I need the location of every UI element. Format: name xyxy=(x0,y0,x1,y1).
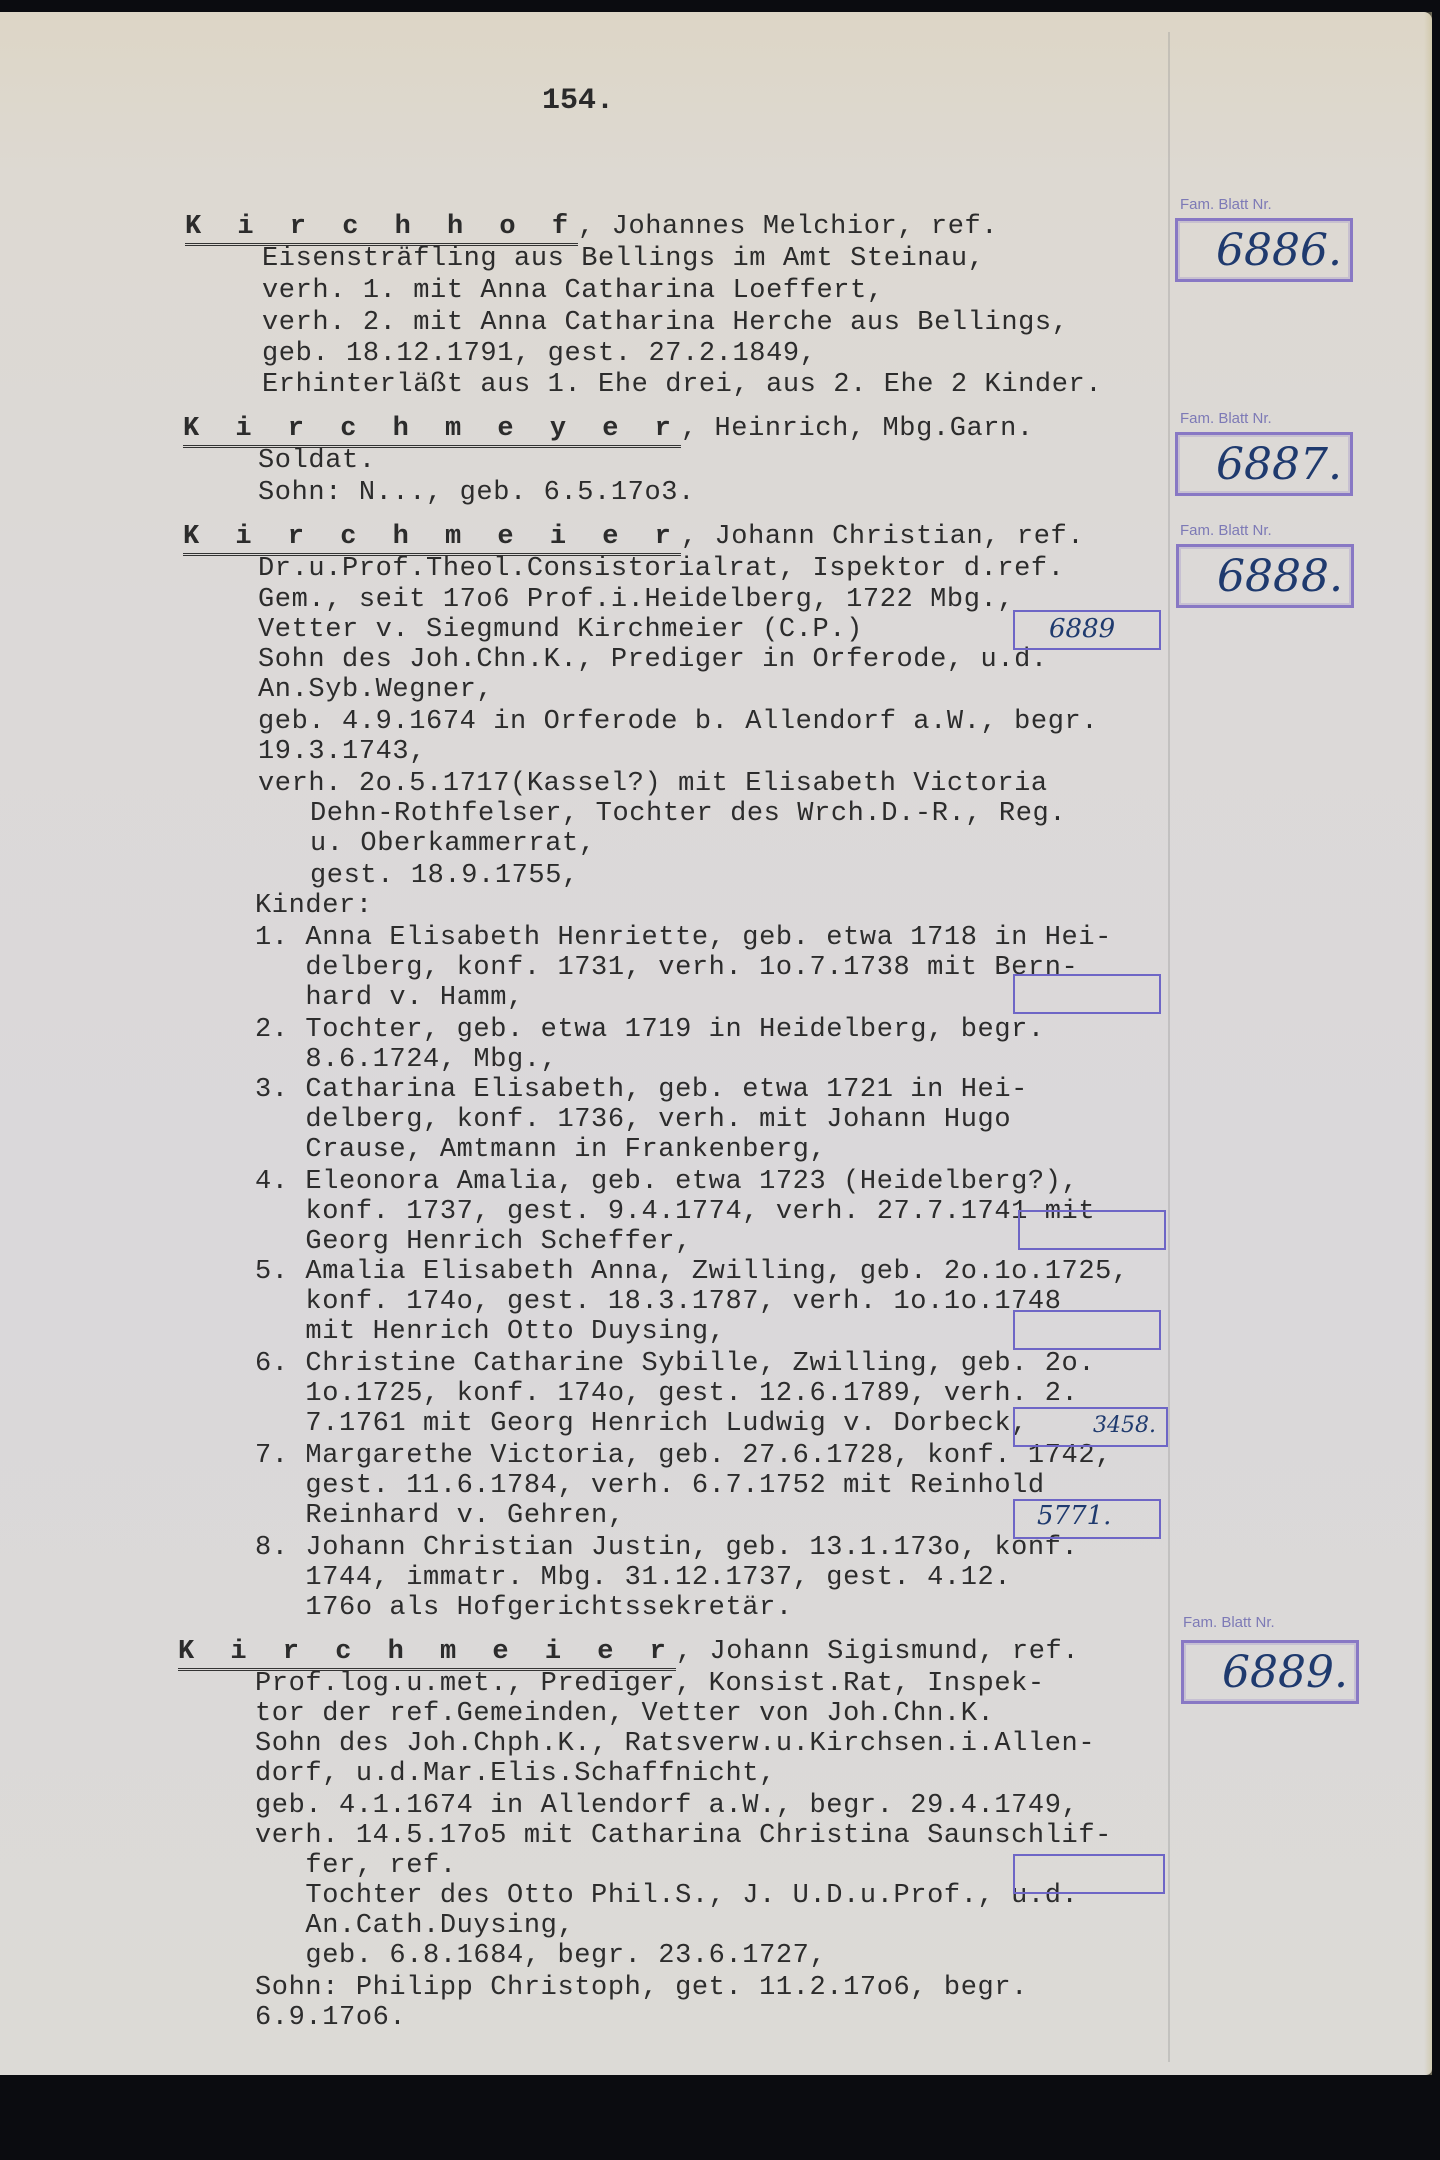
entry-line: An.Syb.Wegner, xyxy=(258,675,493,705)
child-line: Crause, Amtmann in Frankenberg, xyxy=(255,1135,826,1165)
family-sheet-stamp: 6886. xyxy=(1175,218,1353,282)
surname: K i r c h h o f xyxy=(185,212,578,246)
child-line: hard v. Hamm, xyxy=(255,983,524,1013)
empty-reference-box xyxy=(1018,1210,1166,1250)
page-number: 154. xyxy=(542,84,614,118)
child-line: konf. 1737, gest. 9.4.1774, verh. 27.7.1… xyxy=(255,1197,1095,1227)
entry-line: Vetter v. Siegmund Kirchmeier (C.P.) xyxy=(258,615,863,645)
child-line: 1o.1725, konf. 174o, gest. 12.6.1789, ve… xyxy=(255,1379,1078,1409)
cross-reference-box: 5771. xyxy=(1013,1499,1161,1539)
given-names: , Johannes Melchior, ref. xyxy=(578,212,998,242)
child-line: 6. Christine Catharine Sybille, Zwilling… xyxy=(255,1349,1095,1379)
entry-line: gest. 18.9.1755, xyxy=(310,861,579,891)
empty-reference-box xyxy=(1013,1854,1165,1894)
entry-line: geb. 18.12.1791, gest. 27.2.1849, xyxy=(262,339,817,369)
entry-line: Dehn-Rothfelser, Tochter des Wrch.D.-R.,… xyxy=(310,799,1066,829)
child-line: 7. Margarethe Victoria, geb. 27.6.1728, … xyxy=(255,1441,1112,1471)
entry-line: Erhinterläßt aus 1. Ehe drei, aus 2. Ehe… xyxy=(262,370,1102,400)
entry-line: verh. 1. mit Anna Catharina Loeffert, xyxy=(262,276,884,306)
stamp-label: Fam. Blatt Nr. xyxy=(1180,410,1272,427)
family-sheet-number: 6889. xyxy=(1222,1647,1348,1698)
surname: K i r c h m e i e r xyxy=(183,522,681,556)
child-line: delberg, konf. 1736, verh. mit Johann Hu… xyxy=(255,1105,1011,1135)
entry-line: fer, ref. xyxy=(255,1851,457,1881)
entry-line: Sohn des Joh.Chph.K., Ratsverw.u.Kirchse… xyxy=(255,1729,1095,1759)
given-names: , Johann Christian, ref. xyxy=(681,522,1084,552)
given-names: , Johann Sigismund, ref. xyxy=(676,1637,1079,1667)
entry-line: Gem., seit 17o6 Prof.i.Heidelberg, 1722 … xyxy=(258,585,1014,615)
child-line: 3. Catharina Elisabeth, geb. etwa 1721 i… xyxy=(255,1075,1028,1105)
family-sheet-stamp: 6887. xyxy=(1175,432,1353,496)
entry-line: 19.3.1743, xyxy=(258,737,426,767)
entry-line: geb. 4.1.1674 in Allendorf a.W., begr. 2… xyxy=(255,1791,1078,1821)
entry-line: 6.9.17o6. xyxy=(255,2003,406,2033)
child-line: 5. Amalia Elisabeth Anna, Zwilling, geb.… xyxy=(255,1257,1129,1287)
family-sheet-number: 6887. xyxy=(1216,439,1342,490)
child-line: mit Henrich Otto Duysing, xyxy=(255,1317,725,1347)
surname: K i r c h m e i e r xyxy=(178,1637,676,1671)
child-line: Reinhard v. Gehren, xyxy=(255,1501,625,1531)
entry-line: Sohn: Philipp Christoph, get. 11.2.17o6,… xyxy=(255,1973,1028,2003)
cross-reference-number: 3458. xyxy=(1093,1413,1156,1438)
stamp-label: Fam. Blatt Nr. xyxy=(1180,196,1272,213)
entry-line: Sohn: N..., geb. 6.5.17o3. xyxy=(258,478,695,508)
entry-line: Tochter des Otto Phil.S., J. U.D.u.Prof.… xyxy=(255,1881,1078,1911)
child-line: 2. Tochter, geb. etwa 1719 in Heidelberg… xyxy=(255,1015,1045,1045)
child-line: delberg, konf. 1731, verh. 1o.7.1738 mit… xyxy=(255,953,1078,983)
entry-line: Prof.log.u.met., Prediger, Konsist.Rat, … xyxy=(255,1669,1045,1699)
child-line: 1744, immatr. Mbg. 31.12.1737, gest. 4.1… xyxy=(255,1563,1011,1593)
entry-line: Soldat. xyxy=(258,446,376,476)
entry-line: Eisensträfling aus Bellings im Amt Stein… xyxy=(262,244,985,274)
family-sheet-number: 6888. xyxy=(1217,551,1343,602)
entry-line: Dr.u.Prof.Theol.Consistorialrat, Ispekto… xyxy=(258,554,1065,584)
child-line: 1. Anna Elisabeth Henriette, geb. etwa 1… xyxy=(255,923,1112,953)
child-line: 7.1761 mit Georg Henrich Ludwig v. Dorbe… xyxy=(255,1409,1028,1439)
entry-heading: K i r c h m e i e r, Johann Christian, r… xyxy=(183,522,1084,552)
family-sheet-stamp: 6889. xyxy=(1181,1640,1359,1704)
entry-line: verh. 2o.5.1717(Kassel?) mit Elisabeth V… xyxy=(258,769,1048,799)
margin-rule xyxy=(1168,32,1170,2062)
entry-line: verh. 2. mit Anna Catharina Herche aus B… xyxy=(262,308,1069,338)
entry-line: verh. 14.5.17o5 mit Catharina Christina … xyxy=(255,1821,1112,1851)
entry-line: u. Oberkammerrat, xyxy=(310,829,596,859)
entry-line: An.Cath.Duysing, xyxy=(255,1911,574,1941)
entry-heading: K i r c h h o f, Johannes Melchior, ref. xyxy=(185,212,998,242)
entry-line: geb. 6.8.1684, begr. 23.6.1727, xyxy=(255,1941,826,1971)
child-line: 176o als Hofgerichtssekretär. xyxy=(255,1593,793,1623)
child-line: 4. Eleonora Amalia, geb. etwa 1723 (Heid… xyxy=(255,1167,1078,1197)
cross-reference-number: 5771. xyxy=(1037,1501,1111,1531)
entry-line: Sohn des Joh.Chn.K., Prediger in Orferod… xyxy=(258,645,1048,675)
child-line: konf. 174o, gest. 18.3.1787, verh. 1o.1o… xyxy=(255,1287,1062,1317)
family-sheet-stamp: 6888. xyxy=(1176,544,1354,608)
document-page: 154. K i r c h h o f, Johannes Melchior,… xyxy=(0,12,1432,2075)
child-line: gest. 11.6.1784, verh. 6.7.1752 mit Rein… xyxy=(255,1471,1045,1501)
entry-line: geb. 4.9.1674 in Orferode b. Allendorf a… xyxy=(258,707,1098,737)
entry-line: dorf, u.d.Mar.Elis.Schaffnicht, xyxy=(255,1759,776,1789)
child-line: Georg Henrich Scheffer, xyxy=(255,1227,692,1257)
surname: K i r c h m e y e r xyxy=(183,414,681,448)
children-heading: Kinder: xyxy=(255,891,373,921)
stamp-label: Fam. Blatt Nr. xyxy=(1180,522,1272,539)
empty-reference-box xyxy=(1013,974,1161,1014)
entry-heading: K i r c h m e y e r, Heinrich, Mbg.Garn. xyxy=(183,414,1034,444)
cross-reference-number: 6889 xyxy=(1049,614,1115,644)
child-line: 8. Johann Christian Justin, geb. 13.1.17… xyxy=(255,1533,1078,1563)
stamp-label: Fam. Blatt Nr. xyxy=(1183,1614,1275,1631)
entry-heading: K i r c h m e i e r, Johann Sigismund, r… xyxy=(178,1637,1079,1667)
cross-reference-box: 6889 xyxy=(1013,610,1161,650)
cross-reference-box: 3458. xyxy=(1013,1407,1168,1447)
given-names: , Heinrich, Mbg.Garn. xyxy=(681,414,1034,444)
child-line: 8.6.1724, Mbg., xyxy=(255,1045,557,1075)
entry-line: tor der ref.Gemeinden, Vetter von Joh.Ch… xyxy=(255,1699,994,1729)
family-sheet-number: 6886. xyxy=(1216,225,1342,276)
empty-reference-box xyxy=(1013,1310,1161,1350)
